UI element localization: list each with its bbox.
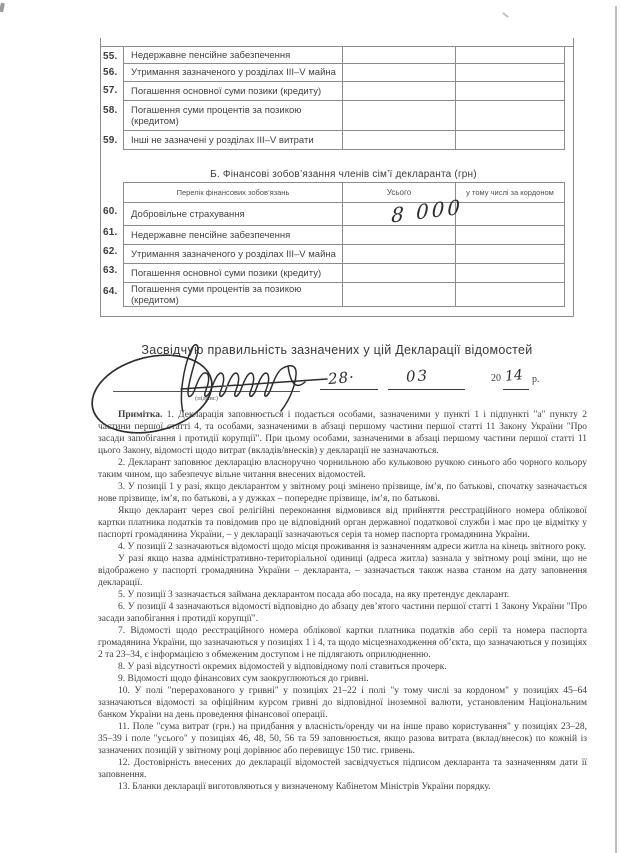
outer-box-right-line	[573, 38, 574, 316]
cell-total	[343, 64, 456, 82]
note-paragraph: 4. У позиції 2 зазначаються відомості що…	[98, 541, 587, 553]
row-number: 64.	[103, 286, 122, 297]
row-number: 57.	[103, 85, 122, 96]
row-number: 62.	[103, 246, 122, 257]
note-paragraph: 7. Відомості щодо реєстраційного номера …	[98, 625, 587, 661]
note-paragraph: 12. Достовірність внесених до декларації…	[98, 757, 587, 781]
section-b-table-60-64: Перелік фінансових зобов’язань Усього у …	[123, 182, 565, 307]
cell-total	[343, 47, 456, 64]
row-label: Недержавне пенсійне забезпечення	[124, 226, 343, 245]
scan-corner-mark	[0, 3, 5, 13]
row-number: 59.	[103, 135, 122, 146]
date-year-handwritten: 14	[504, 367, 523, 385]
cell-total	[343, 283, 456, 307]
row-number: 63.	[103, 265, 122, 276]
row-label: Добровільне страхування	[124, 203, 343, 226]
cell-abroad	[456, 226, 565, 245]
cell-abroad	[456, 64, 565, 82]
row-label: Інші не зазначені у розділах III–V витра…	[124, 131, 343, 150]
note-paragraph: 5. У позиції 3 зазначається займана декл…	[98, 589, 587, 601]
note-paragraph: 8. У разі відсутності окремих відомостей…	[98, 661, 587, 673]
row-label: Погашення суми процентів за позикою (кре…	[124, 101, 343, 131]
row-label: Погашення основної суми позики (кредиту)	[124, 264, 343, 283]
row-label: Утримання зазначеного у розділах III–V м…	[124, 245, 343, 264]
cell-abroad	[456, 245, 565, 264]
row-number: 60.	[103, 206, 122, 217]
cell-abroad	[456, 264, 565, 283]
row-label: Недержавне пенсійне забезпечення	[124, 47, 343, 64]
outer-box-left-line	[100, 38, 101, 316]
note-paragraph: Примітка. 1. Декларація заповнюється і п…	[98, 409, 587, 457]
cell-total	[343, 245, 456, 264]
note-paragraph: 2. Декларант заповнює декларацію власнор…	[98, 457, 587, 481]
note-paragraph: У разі якщо назва адміністративно-терито…	[98, 553, 587, 589]
date-year-line	[503, 389, 529, 390]
cell-total	[343, 226, 456, 245]
scanned-declaration-page: 55. 56. 57. 58. 59. Недержавне пенсійне …	[0, 0, 620, 853]
cell-abroad	[456, 203, 565, 226]
date-year-prefix: 20	[491, 373, 501, 384]
page-edge-line	[615, 6, 617, 853]
note-paragraph: Якщо декларант через свої релігійні пере…	[98, 505, 587, 541]
scan-smudge	[502, 12, 509, 18]
row-label: Погашення суми процентів за позикою (кре…	[124, 283, 343, 307]
outer-box-bottom-line	[100, 316, 574, 317]
note-paragraph: 13. Бланки декларації виготовляються у в…	[98, 781, 587, 793]
row-number: 56.	[103, 67, 122, 78]
cell-total	[343, 264, 456, 283]
cell-abroad	[456, 82, 565, 101]
note-paragraph: 10. У полі "перерахованого у гривні" у п…	[98, 685, 587, 721]
row-label: Утримання зазначеного у розділах III–V м…	[124, 64, 343, 82]
column-header-abroad: у тому числі за кордоном	[456, 183, 565, 203]
cell-total	[343, 101, 456, 131]
note-paragraph: 9. Відомості щодо фінансових сум заокруг…	[98, 673, 587, 685]
note-paragraph: 11. Поле "сума витрат (грн.) на придбанн…	[98, 721, 587, 757]
date-month-handwritten: 03	[406, 366, 430, 385]
cell-abroad	[456, 131, 565, 150]
cell-total	[343, 131, 456, 150]
row-number: 55.	[103, 51, 122, 62]
date-month-line	[388, 389, 465, 390]
note-label: Примітка.	[118, 410, 162, 420]
cell-abroad	[456, 101, 565, 131]
cell-abroad	[456, 47, 565, 64]
row-number: 58.	[103, 105, 122, 116]
note-block: Примітка. 1. Декларація заповнюється і п…	[98, 409, 587, 793]
row-label: Погашення основної суми позики (кредиту)	[124, 82, 343, 101]
cell-total	[343, 82, 456, 101]
note-paragraph: 6. У позиції 4 зазначаються відомості ві…	[98, 601, 587, 625]
signature-ink	[181, 345, 327, 412]
cell-abroad	[456, 283, 565, 307]
row-number: 61.	[103, 227, 122, 238]
expenses-table-55-59: Недержавне пенсійне забезпечення Утриман…	[123, 46, 565, 150]
note-paragraph: 3. У позиції 1 у разі, якщо декларантом …	[98, 481, 587, 505]
section-b-title: Б. Фінансові зобов’язання членів сім’ї д…	[123, 169, 564, 180]
date-year-suffix: р.	[532, 374, 540, 385]
column-header-list: Перелік фінансових зобов’язань	[124, 183, 343, 203]
